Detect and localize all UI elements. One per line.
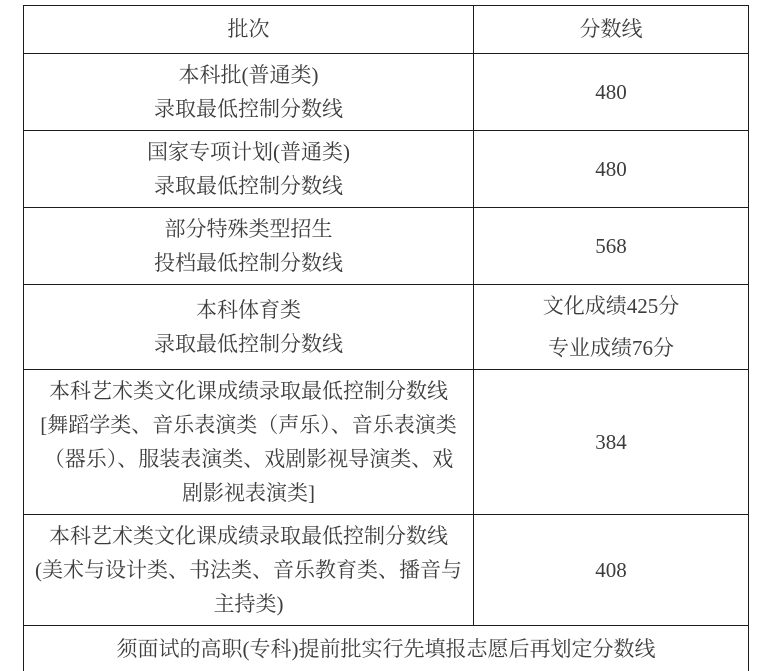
cell-text-line: 本科艺术类文化课成绩录取最低控制分数线 <box>34 374 463 408</box>
cell-text-line: 国家专项计划(普通类) <box>34 135 463 169</box>
cell-text-line: 部分特殊类型招生 <box>34 212 463 246</box>
cell-text-line: 480 <box>484 152 738 186</box>
cell-text-line: [舞蹈学类、音乐表演类（声乐）、音乐表演类（器乐）、服装表演类、戏剧影视导演类、… <box>34 408 463 510</box>
header-cell-batch: 批次 <box>24 6 474 54</box>
cell-text-line: 480 <box>484 75 738 109</box>
cell-text-line: 本科批(普通类) <box>34 58 463 92</box>
table-row: 本科批(普通类)录取最低控制分数线480 <box>24 54 749 131</box>
cell-text-line: 568 <box>484 229 738 263</box>
table-row: 本科艺术类文化课成绩录取最低控制分数线(美术与设计类、书法类、音乐教育类、播音与… <box>24 515 749 626</box>
header-cell-score: 分数线 <box>474 6 749 54</box>
cell-text-line: 投档最低控制分数线 <box>34 246 463 280</box>
batch-cell: 国家专项计划(普通类)录取最低控制分数线 <box>24 131 474 208</box>
table-row: 国家专项计划(普通类)录取最低控制分数线480 <box>24 131 749 208</box>
cell-text-line: (美术与设计类、书法类、音乐教育类、播音与主持类) <box>34 553 463 621</box>
score-cell: 480 <box>474 131 749 208</box>
batch-cell: 本科批(普通类)录取最低控制分数线 <box>24 54 474 131</box>
table-row: 本科艺术类文化课成绩录取最低控制分数线[舞蹈学类、音乐表演类（声乐）、音乐表演类… <box>24 370 749 515</box>
score-cell: 480 <box>474 54 749 131</box>
cell-text-line: 专业成绩76分 <box>484 331 738 365</box>
table-row: 部分特殊类型招生投档最低控制分数线568 <box>24 208 749 285</box>
score-line-page: 批次 分数线 本科批(普通类)录取最低控制分数线480国家专项计划(普通类)录取… <box>0 0 774 671</box>
cell-text-line: 384 <box>484 425 738 459</box>
footer-note-cell: 须面试的高职(专科)提前批实行先填报志愿后再划定分数线 <box>24 626 749 671</box>
score-cell: 文化成绩425分专业成绩76分 <box>474 285 749 370</box>
cell-text-line: 录取最低控制分数线 <box>34 92 463 126</box>
score-line-table: 批次 分数线 本科批(普通类)录取最低控制分数线480国家专项计划(普通类)录取… <box>23 5 749 671</box>
cell-text-line: 本科艺术类文化课成绩录取最低控制分数线 <box>34 519 463 553</box>
table-header-row: 批次 分数线 <box>24 6 749 54</box>
score-cell: 384 <box>474 370 749 515</box>
score-cell: 568 <box>474 208 749 285</box>
table-footer-row: 须面试的高职(专科)提前批实行先填报志愿后再划定分数线 <box>24 626 749 671</box>
cell-text-line: 本科体育类 <box>34 293 463 327</box>
score-table-container: 批次 分数线 本科批(普通类)录取最低控制分数线480国家专项计划(普通类)录取… <box>23 5 748 671</box>
batch-cell: 本科体育类录取最低控制分数线 <box>24 285 474 370</box>
cell-text-line: 文化成绩425分 <box>484 289 738 323</box>
cell-text-line: 408 <box>484 553 738 587</box>
batch-cell: 部分特殊类型招生投档最低控制分数线 <box>24 208 474 285</box>
table-body: 本科批(普通类)录取最低控制分数线480国家专项计划(普通类)录取最低控制分数线… <box>24 54 749 626</box>
score-cell: 408 <box>474 515 749 626</box>
cell-text-line: 录取最低控制分数线 <box>34 327 463 361</box>
cell-text-line: 录取最低控制分数线 <box>34 169 463 203</box>
table-row: 本科体育类录取最低控制分数线文化成绩425分专业成绩76分 <box>24 285 749 370</box>
batch-cell: 本科艺术类文化课成绩录取最低控制分数线(美术与设计类、书法类、音乐教育类、播音与… <box>24 515 474 626</box>
batch-cell: 本科艺术类文化课成绩录取最低控制分数线[舞蹈学类、音乐表演类（声乐）、音乐表演类… <box>24 370 474 515</box>
